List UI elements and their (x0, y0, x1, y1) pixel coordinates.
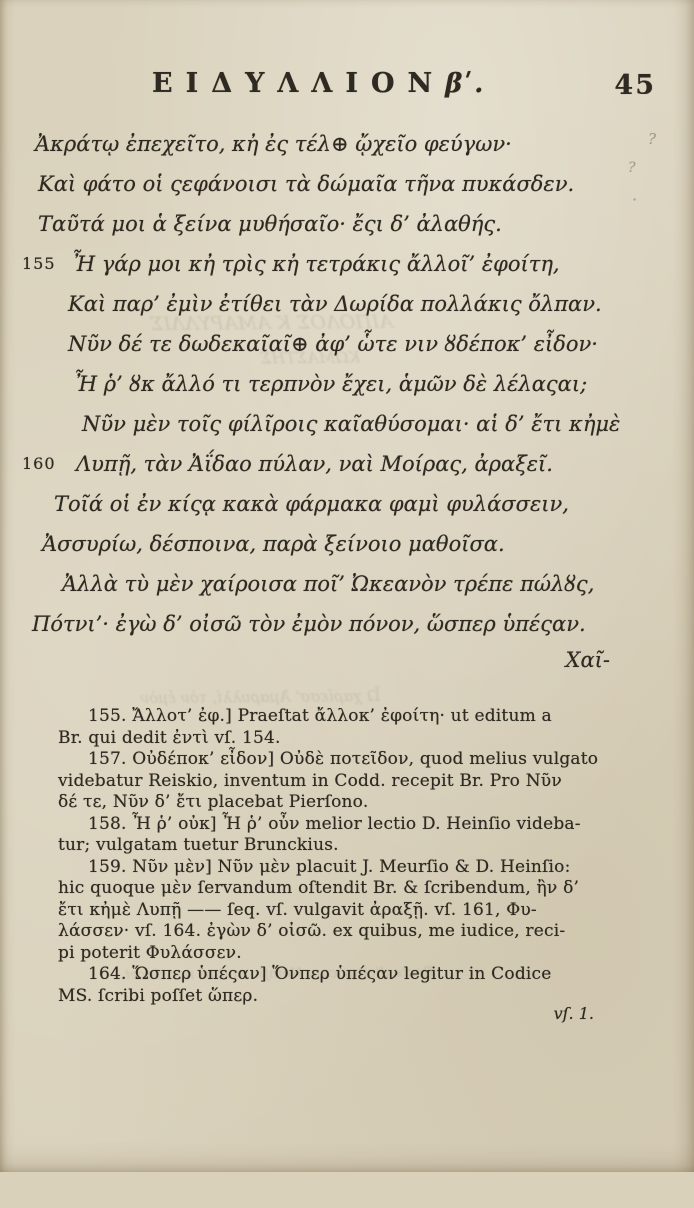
notes-catchword: vſ. 1. (554, 1004, 594, 1023)
verse-line: 160 Λυπῇ, τὰν Ἀΐδαο πύλαν, ναὶ Μοίρας, ἀ… (22, 444, 672, 484)
page-title: ΕΙΔΥΛΛΙΟΝβʹ. (152, 68, 485, 99)
verse-line-text: Ἀσσυρίω, δέσποινα, παρὰ ξείνοιο μαθοῖσα. (42, 524, 505, 564)
verse-line-number: 155 (22, 244, 56, 284)
note-line: λάσσεν· vſ. 164. ἐγὼν δ’ οἰσῶ. ex quibus… (58, 921, 658, 943)
screenshot-root: ΕΙΔΥΛΛΙΟΝβʹ. 45 Ἀκράτῳ ἐπεχεῖτο, κἠ ἐς τ… (0, 0, 694, 1208)
verse-line: Ἦ ῥ’ ȣκ ἄλλό τι τερπνὸν ἔχει, ἁμῶν δὲ λέ… (22, 364, 672, 404)
verse-line-text: Ἀλλὰ τὺ μὲν χαίροισα ποῖ’ Ὠκεανὸν τρέπε … (62, 564, 594, 604)
note-line: δέ τε, Νῦν δ’ ἔτι placebat Pierſono. (58, 792, 658, 814)
verse-line: Τοῖά οἱ ἐν κίςᾳ κακὰ φάρμακα φαμὶ φυλάσσ… (22, 484, 672, 524)
verse-line-text: Καὶ φάτο οἱ ςεφάνοισι τὰ δώμαῖα τῆνα πυκ… (38, 164, 574, 204)
bleedthrough-text: Recte dicitur cum Heinſio mutari non dec… (120, 965, 434, 984)
note-line: 157. Οὐδέποκ’ εἶδον] Οὐδὲ ποτεῖδον, quod… (58, 749, 658, 771)
verse-line-text: Νῦν μὲν τοῖς φίλῖροις καῖαθύσομαι· αἱ δ’… (82, 404, 620, 444)
note-line: ἔτι κἠμὲ Λυπῇ —— ſeq. vſ. vulgavit ἀραξῇ… (58, 900, 658, 922)
bleedthrough-text: ΚΩΜΑΣΤΗΣ (260, 348, 361, 368)
note-line: 155. Ἄλλοτ’ ἐφ.] Praeſtat ἄλλοκ’ ἐφοίτη·… (58, 706, 658, 728)
margin-mark: ? (628, 160, 636, 176)
page-title-main: ΕΙΔΥΛΛΙΟΝ (152, 68, 445, 99)
verse-line: Ἀσσυρίω, δέσποινα, παρὰ ξείνοιο μαθοῖσα. (22, 524, 672, 564)
note-line-text: tur; vulgatam tuetur Brunckius. (58, 835, 339, 855)
greek-verse-block: Ἀκράτῳ ἐπεχεῖτο, κἠ ἐς τέλ⊕ ᾤχεῖο φεύγων… (22, 124, 672, 644)
note-line: 158. Ἦ ῥ’ οὐκ] Ἦ ῥ’ οὖν melior lectio D.… (58, 814, 658, 836)
page-title-suffix: βʹ. (445, 69, 485, 99)
verse-line: Ταῦτά μοι ἁ ξείνα μυθήσαῖο· ἔςι δ’ ἀλαθή… (22, 204, 672, 244)
verse-catchword: Χαῖ- (566, 648, 610, 672)
verse-line-text: Πότνι’· ἐγὼ δ’ οἰσῶ τὸν ἐμὸν πόνον, ὥσπε… (32, 604, 586, 644)
note-line-text: videbatur Reiskio, inventum in Codd. rec… (58, 771, 562, 791)
book-page-scan: ΕΙΔΥΛΛΙΟΝβʹ. 45 Ἀκράτῳ ἐπεχεῖτο, κἠ ἐς τ… (0, 0, 694, 1172)
verse-line-text: Ἦ ῥ’ ȣκ ἄλλό τι τερπνὸν ἔχει, ἁμῶν δὲ λέ… (74, 364, 587, 404)
note-line-text: 157. Οὐδέποκ’ εἶδον] Οὐδὲ ποτεῖδον, quod… (88, 749, 598, 769)
note-line: pi poterit Φυλάσσεν. (58, 943, 658, 965)
note-line-text: 158. Ἦ ῥ’ οὐκ] Ἦ ῥ’ οὖν melior lectio D.… (88, 814, 581, 834)
bleedthrough-text: ΑΙΠΟΛΟΣ Κ ΑΜΑΡΥΛΛΙΣ (150, 311, 393, 335)
running-header: ΕΙΔΥΛΛΙΟΝβʹ. 45 (0, 68, 694, 110)
verse-line-number: 160 (22, 444, 56, 484)
note-line-text: λάσσεν· vſ. 164. ἐγὼν δ’ οἰσῶ. ex quibus… (58, 921, 565, 941)
verse-line: 155 Ἦ γάρ μοι κἠ τρὶς κἠ τετράκις ἄλλοῖ’… (22, 244, 672, 284)
margin-mark: ? (648, 130, 656, 148)
margin-mark: · (632, 190, 637, 209)
note-line-text: ἔτι κἠμὲ Λυπῇ —— ſeq. vſ. vulgavit ἀραξῇ… (58, 900, 537, 920)
verse-line-text: Λυπῇ, τὰν Ἀΐδαο πύλαν, ναὶ Μοίρας, ἀραξε… (76, 444, 553, 484)
note-line-text: hic quoque μὲν ſervandum oſtendit Br. & … (58, 878, 579, 898)
note-line-text: pi poterit Φυλάσσεν. (58, 943, 242, 963)
verse-line-text: Ταῦτά μοι ἁ ξείνα μυθήσαῖο· ἔςι δ’ ἀλαθή… (38, 204, 502, 244)
verse-line: Νῦν μὲν τοῖς φίλῖροις καῖαθύσομαι· αἱ δ’… (22, 404, 672, 444)
verse-line: Ἀλλὰ τὺ μὲν χαίροισα ποῖ’ Ὠκεανὸν τρέπε … (22, 564, 672, 604)
note-line: hic quoque μὲν ſervandum oſtendit Br. & … (58, 878, 658, 900)
page-number: 45 (614, 70, 656, 101)
note-line-text: Br. qui dedit ἐντὶ vſ. 154. (58, 728, 281, 748)
verse-line: Καὶ φάτο οἱ ςεφάνοισι τὰ δώμαῖα τῆνα πυκ… (22, 164, 672, 204)
bleedthrough-text: Ὦ χαρίεσσ’ Ἀμαρυλλί, τὸν ἐμὸν (140, 687, 381, 707)
verse-line-text: Ἦ γάρ μοι κἠ τρὶς κἠ τετράκις ἄλλοῖ’ ἐφο… (72, 244, 560, 284)
verse-line: Ἀκράτῳ ἐπεχεῖτο, κἠ ἐς τέλ⊕ ᾤχεῖο φεύγων… (22, 124, 672, 164)
verse-line: Πότνι’· ἐγὼ δ’ οἰσῶ τὸν ἐμὸν πόνον, ὥσπε… (22, 604, 672, 644)
note-line: videbatur Reiskio, inventum in Codd. rec… (58, 771, 658, 793)
verse-line-text: Τοῖά οἱ ἐν κίςᾳ κακὰ φάρμακα φαμὶ φυλάσσ… (54, 484, 569, 524)
note-line-text: 159. Νῦν μὲν] Νῦν μὲν placuit J. Meurſio… (88, 857, 571, 877)
note-line-text: MS. ſcribi poſſet ὥπερ. (58, 986, 258, 1006)
note-line: tur; vulgatam tuetur Brunckius. (58, 835, 658, 857)
note-line-text: 155. Ἄλλοτ’ ἐφ.] Praeſtat ἄλλοκ’ ἐφοίτη·… (88, 706, 552, 726)
note-line-text: δέ τε, Νῦν δ’ ἔτι placebat Pierſono. (58, 792, 368, 812)
note-line: Br. qui dedit ἐντὶ vſ. 154. (58, 728, 658, 750)
note-line: 159. Νῦν μὲν] Νῦν μὲν placuit J. Meurſio… (58, 857, 658, 879)
verse-line-text: Ἀκράτῳ ἐπεχεῖτο, κἠ ἐς τέλ⊕ ᾤχεῖο φεύγων… (35, 124, 512, 164)
critical-notes-block: 155. Ἄλλοτ’ ἐφ.] Praeſtat ἄλλοκ’ ἐφοίτη·… (58, 706, 658, 1007)
